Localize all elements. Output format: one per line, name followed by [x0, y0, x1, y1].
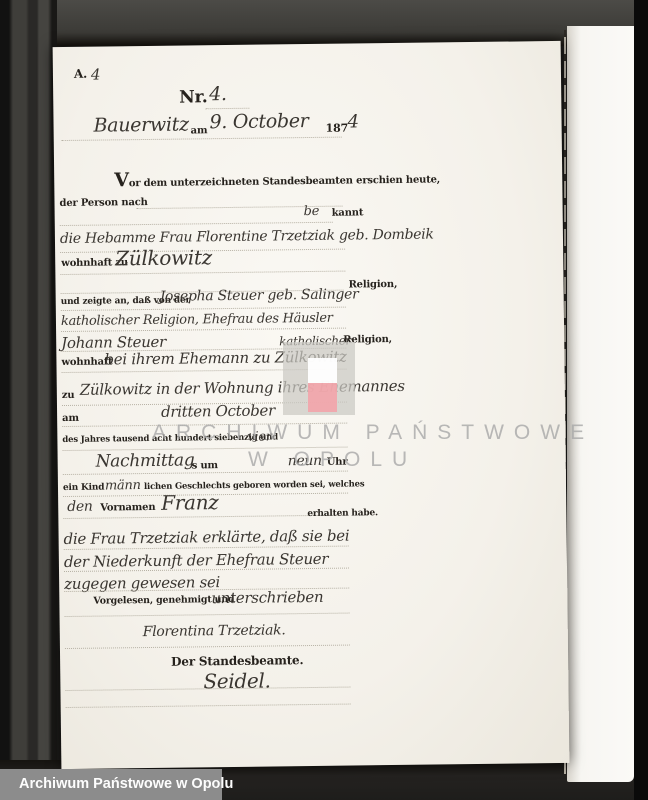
archive-photo: A. 4 Nr. 4. Bauerwitz am 9. October 187 … — [0, 0, 648, 800]
photo-right-border — [634, 0, 648, 800]
rule-line — [63, 515, 348, 519]
am-label-2: am — [62, 413, 79, 424]
background-left-binding — [0, 0, 57, 800]
place-value: Bauerwitz — [93, 113, 188, 136]
facing-page-edge — [567, 26, 634, 782]
watermark-text-line1: ARCHIWUM PAŃSTWOWE — [152, 421, 594, 445]
year-digit: 4 — [347, 111, 358, 132]
erhalten-print: erhalten habe. — [307, 508, 378, 519]
bekannt-print: kannt — [332, 207, 364, 218]
signature-registrar: Seidel. — [203, 669, 271, 694]
watermark-text-line2: W OPOLU — [248, 448, 417, 472]
daytime-hand: Nachmittag — [96, 450, 195, 471]
archive-logo-white-square — [308, 358, 337, 383]
rule-line — [65, 613, 350, 617]
signature-declarant: Florentina Trzetziak. — [143, 622, 286, 640]
margin-annotation-label: A. — [74, 67, 87, 81]
unterschrieben-hand: unterschrieben — [211, 588, 323, 607]
rule-line — [66, 704, 351, 708]
record-number-label: Nr. — [179, 87, 208, 107]
statement-line-1: die Frau Trzetziak erklärte, daß sie bei — [64, 527, 350, 548]
person-nach-label: der Person nach — [59, 197, 147, 209]
record-number-value: 4. — [209, 83, 227, 105]
am-label: am — [191, 125, 208, 136]
vornamen-print: Vornamen — [100, 502, 155, 514]
margin-annotation-number: 4 — [91, 66, 100, 84]
archive-logo-red-square — [308, 383, 337, 412]
rule-line — [60, 222, 333, 226]
zu-label: zu — [62, 390, 75, 401]
daytime-print: s um — [192, 460, 218, 471]
child-print-1: ein Kind — [63, 483, 104, 494]
archive-logo-watermark — [283, 342, 355, 415]
rule-line — [60, 271, 345, 275]
gender-hand: männ — [105, 478, 141, 493]
background-top-leather — [0, 0, 634, 46]
rule-line — [65, 645, 350, 649]
mother-name: Josepha Steuer geb. Salinger — [160, 286, 359, 304]
bekannt-hand-prefix: be — [304, 204, 320, 219]
birth-day: dritten October — [161, 401, 275, 420]
rule-line — [205, 108, 249, 110]
standesbeamte-label: Der Standesbeamte. — [171, 653, 303, 669]
date-value: 9. October — [209, 110, 308, 133]
intro-line: Vor dem unterzeichneten Standesbeamten e… — [114, 166, 364, 191]
child-name: Franz — [161, 490, 219, 515]
birth-place: Zülkowitz in der Wohnung ihres Ehemannes — [80, 377, 405, 399]
year-print: 187 — [326, 122, 349, 135]
declarant-line: die Hebamme Frau Florentine Trzetziak ge… — [60, 226, 434, 247]
archive-caption-bar: Archiwum Państwowe w Opolu — [0, 769, 222, 800]
mother-detail: katholischer Religion, Ehefrau des Häusl… — [61, 311, 333, 329]
rule-line — [62, 137, 342, 141]
den-hand: den — [67, 499, 93, 515]
declarant-residence: Zülkowitz — [115, 245, 212, 270]
